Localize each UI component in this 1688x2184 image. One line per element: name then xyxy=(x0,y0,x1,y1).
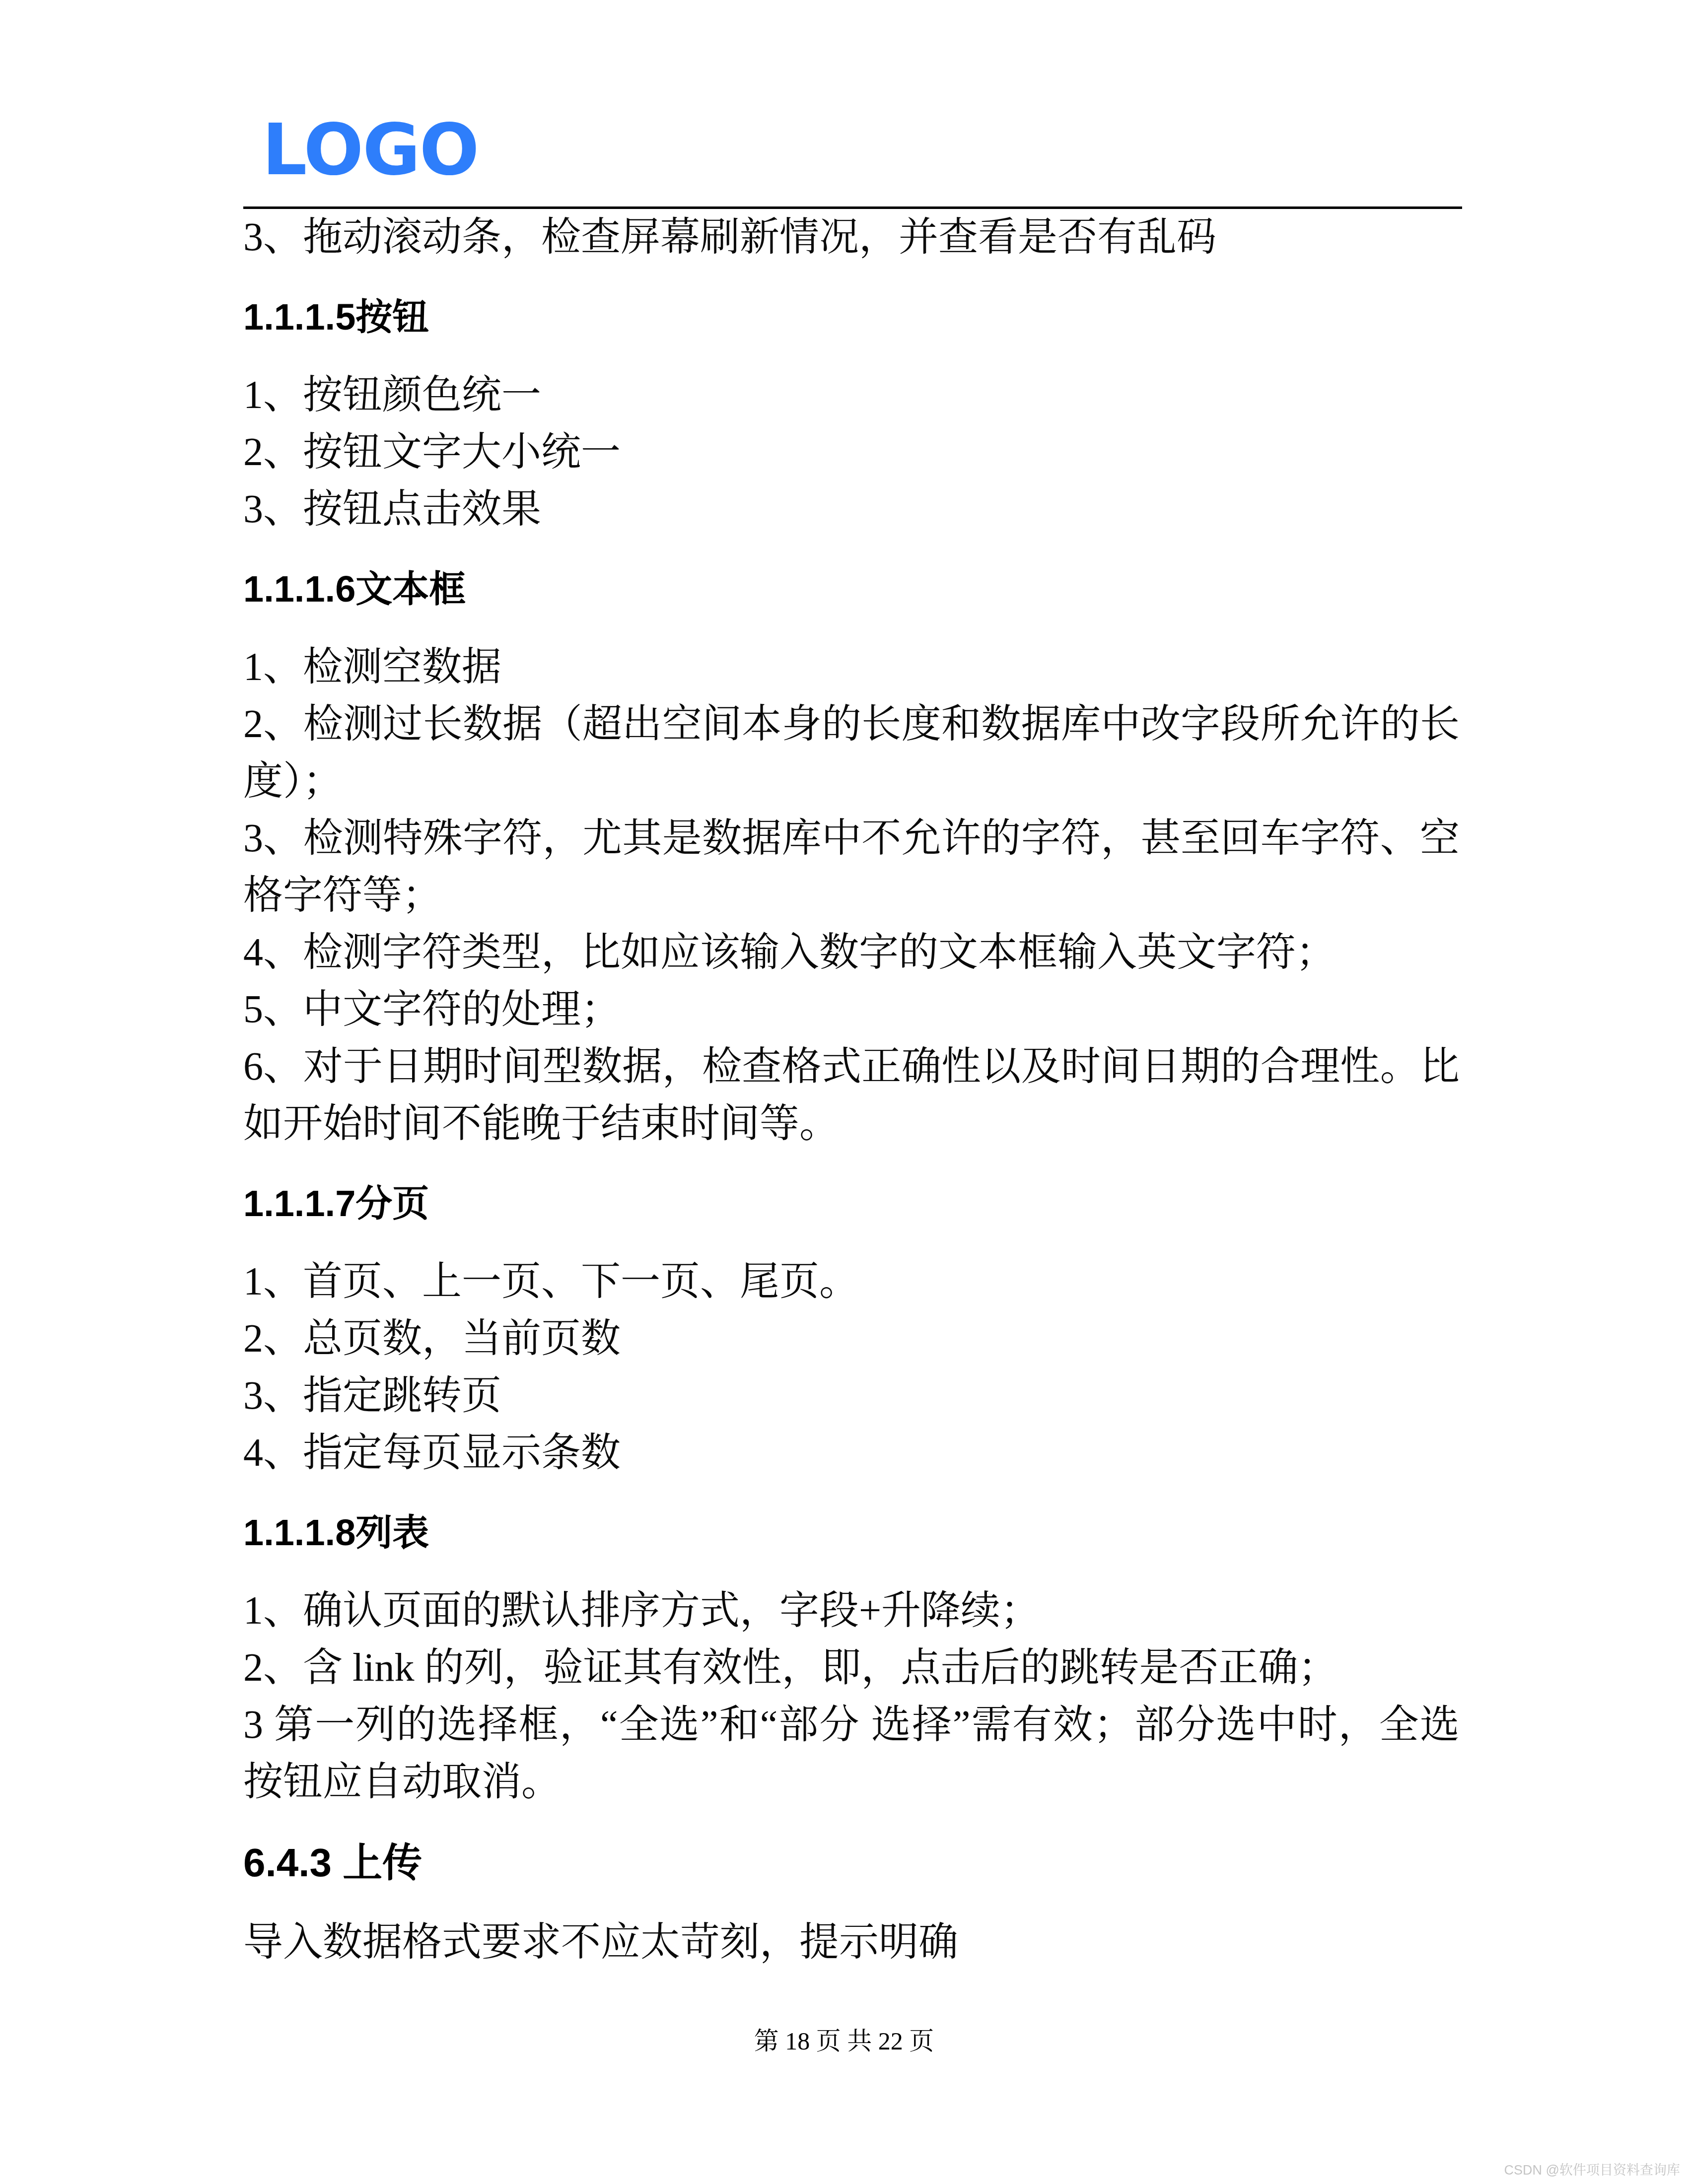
list-item: 1、确认页面的默认排序方式，字段+升降续； xyxy=(243,1582,1460,1639)
page-number: 第 18 页 共 22 页 xyxy=(0,2021,1688,2057)
list-item: 6、对于日期时间型数据，检查格式正确性以及时间日期的合理性。比如开始时间不能晚于… xyxy=(243,1038,1460,1153)
page-header: LOGO xyxy=(0,118,1688,209)
section-textbox: 1.1.1.6文本框 1、检测空数据 2、检测过长数据（超出空间本身的长度和数据… xyxy=(243,558,1460,1153)
list-item: 3、拖动滚动条，检查屏幕刷新情况，并查看是否有乱码 xyxy=(243,209,1460,266)
document-page: LOGO 3、拖动滚动条，检查屏幕刷新情况，并查看是否有乱码 1.1.1.5按钮… xyxy=(0,0,1688,2184)
section-buttons: 1.1.1.5按钮 1、按钮颜色统一 2、按钮文字大小统一 3、按钮点击效果 xyxy=(243,286,1460,538)
list-item: 2、按钮文字大小统一 xyxy=(243,424,1460,481)
list-item: 5、中文字符的处理； xyxy=(243,981,1460,1038)
section-heading: 1.1.1.8列表 xyxy=(243,1501,1460,1564)
section-heading: 1.1.1.7分页 xyxy=(243,1172,1460,1234)
paragraph: 导入数据格式要求不应太苛刻，提示明确 xyxy=(243,1914,1460,1971)
csdn-watermark: CSDN @软件项目资料查询库 xyxy=(1504,2159,1680,2179)
list-item: 4、检测字符类型，比如应该输入数字的文本框输入英文字符； xyxy=(243,924,1460,981)
section-heading: 6.4.3 上传 xyxy=(243,1831,1460,1895)
list-item: 3、指定跳转页 xyxy=(243,1367,1460,1425)
section-list: 1.1.1.8列表 1、确认页面的默认排序方式，字段+升降续； 2、含 link… xyxy=(243,1501,1460,1811)
section-heading: 1.1.1.5按钮 xyxy=(243,286,1460,348)
list-item: 3、按钮点击效果 xyxy=(243,481,1460,538)
list-item: 2、检测过长数据（超出空间本身的长度和数据库中改字段所允许的长度）； xyxy=(243,696,1460,810)
list-item: 3 第一列的选择框，“全选”和“部分 选择”需有效；部分选中时，全选按钮应自动取… xyxy=(243,1697,1460,1811)
list-item: 4、指定每页显示条数 xyxy=(243,1425,1460,1482)
section-pagination: 1.1.1.7分页 1、首页、上一页、下一页、尾页。 2、总页数，当前页数 3、… xyxy=(243,1172,1460,1482)
list-item: 2、含 link 的列，验证其有效性，即，点击后的跳转是否正确； xyxy=(243,1639,1460,1697)
company-logo: LOGO xyxy=(262,118,478,183)
list-item: 2、总页数，当前页数 xyxy=(243,1310,1460,1367)
list-item: 1、按钮颜色统一 xyxy=(243,367,1460,424)
section-heading: 1.1.1.6文本框 xyxy=(243,558,1460,620)
section-upload: 6.4.3 上传 导入数据格式要求不应太苛刻，提示明确 xyxy=(243,1831,1460,1971)
list-item: 1、检测空数据 xyxy=(243,639,1460,696)
list-item: 3、检测特殊字符，尤其是数据库中不允许的字符，甚至回车字符、空格字符等； xyxy=(243,810,1460,924)
list-item: 1、首页、上一页、下一页、尾页。 xyxy=(243,1253,1460,1310)
document-body: 3、拖动滚动条，检查屏幕刷新情况，并查看是否有乱码 1.1.1.5按钮 1、按钮… xyxy=(0,209,1688,1971)
